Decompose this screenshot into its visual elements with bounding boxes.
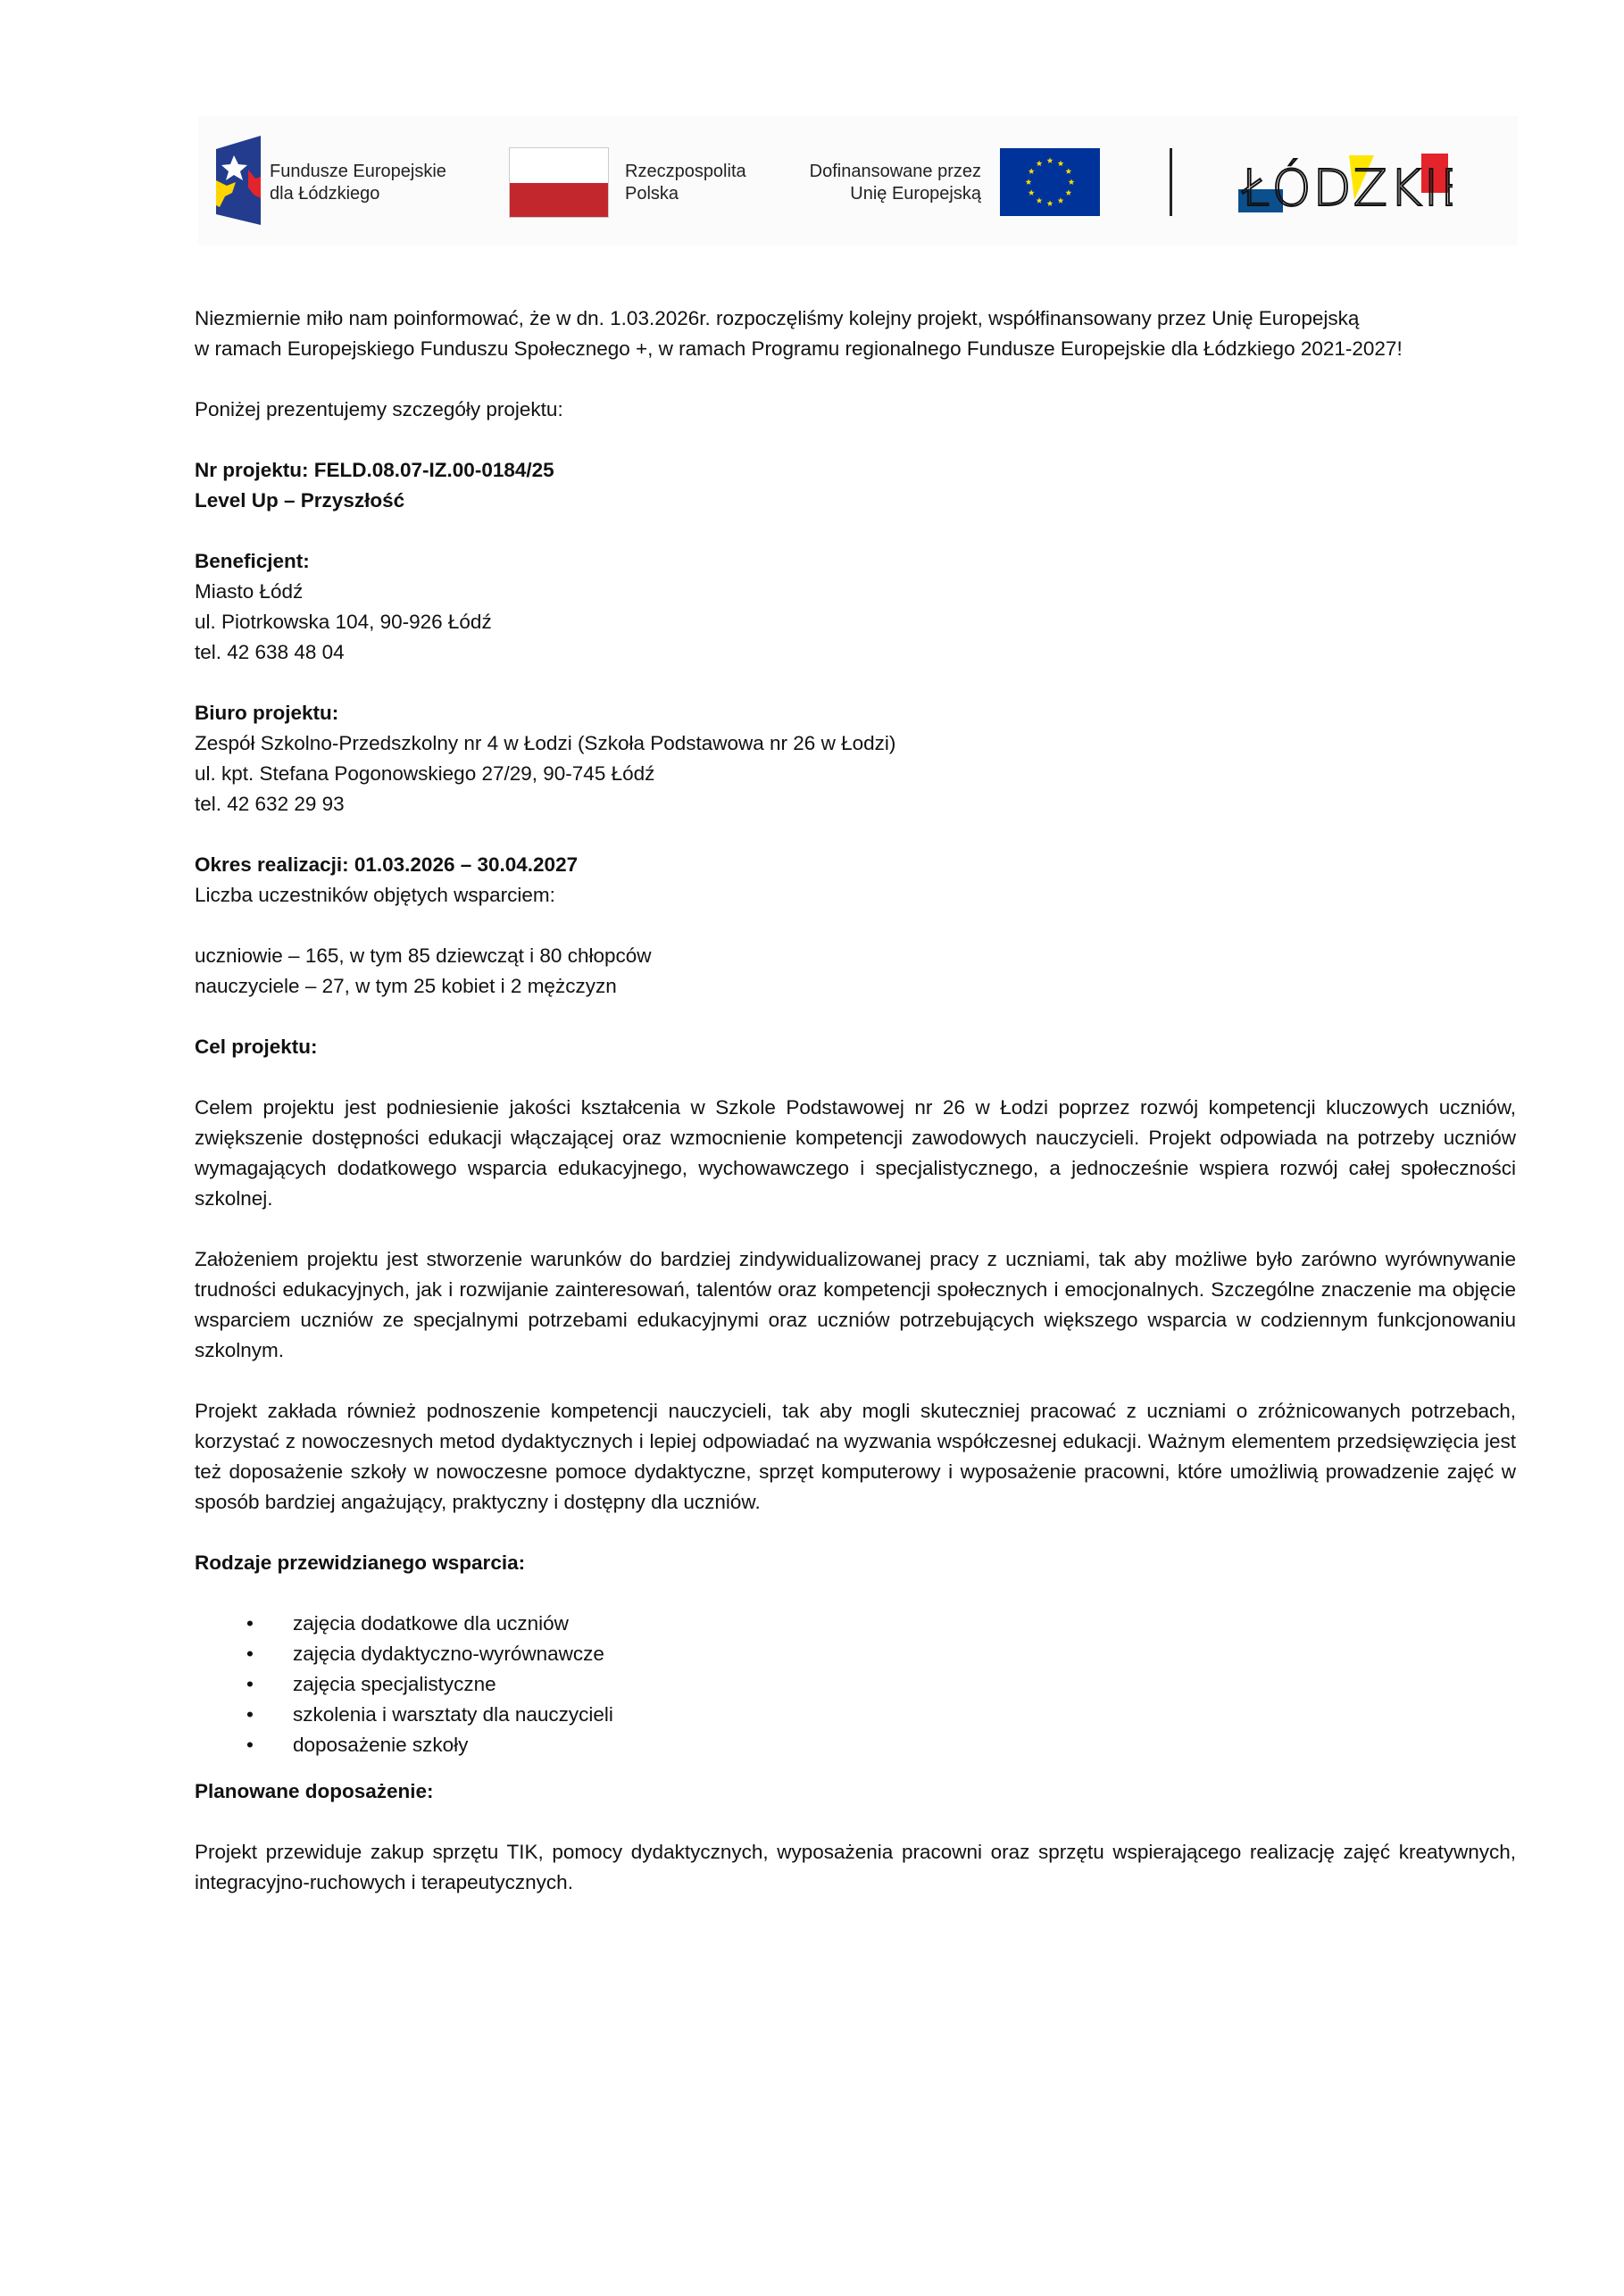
goal-paragraph-1: Celem projektu jest podniesienie jakości… xyxy=(195,1093,1516,1214)
support-list-item: •zajęcia specjalistyczne xyxy=(195,1669,1516,1700)
project-number: Nr projektu: FELD.08.07-IZ.00-0184/25 xyxy=(195,455,1516,486)
logo-strip: Fundusze Europejskie dla Łódzkiego Rzecz… xyxy=(198,116,1518,245)
goal-heading: Cel projektu: xyxy=(195,1032,1516,1062)
intro-line-1: Niezmiernie miło nam poinformować, że w … xyxy=(195,304,1516,334)
fe-line2: dla Łódzkiego xyxy=(270,183,446,205)
fundusze-europejskie-label: Fundusze Europejskie dla Łódzkiego xyxy=(270,161,446,205)
support-list-item: •zajęcia dydaktyczno-wyrównawcze xyxy=(195,1639,1516,1669)
eu-flag-icon xyxy=(1000,148,1100,216)
office-phone: tel. 42 632 29 93 xyxy=(195,789,1516,819)
pl-line2: Polska xyxy=(625,183,746,205)
eu-cofunded-label: Dofinansowane przez Unię Europejską xyxy=(787,161,981,205)
period-label: Okres realizacji: 01.03.2026 – 30.04.202… xyxy=(195,850,1516,880)
eu-line1: Dofinansowane przez xyxy=(787,161,981,183)
pl-line1: Rzeczpospolita xyxy=(625,161,746,183)
support-item-text: zajęcia dydaktyczno-wyrównawcze xyxy=(293,1643,604,1665)
support-item-text: szkolenia i warsztaty dla nauczycieli xyxy=(293,1703,613,1726)
logo-divider xyxy=(1170,148,1172,216)
support-heading: Rodzaje przewidzianego wsparcia: xyxy=(195,1548,1516,1578)
support-list: •zajęcia dodatkowe dla uczniów •zajęcia … xyxy=(195,1609,1516,1760)
support-item-text: doposażenie szkoły xyxy=(293,1734,468,1756)
svg-text:ŁÓDZKIE: ŁÓDZKIE xyxy=(1241,160,1453,218)
bullet-icon: • xyxy=(246,1669,254,1700)
bullet-icon: • xyxy=(246,1609,254,1639)
intro-line-2: w ramach Europejskiego Funduszu Społeczn… xyxy=(195,334,1516,364)
support-list-item: •zajęcia dodatkowe dla uczniów xyxy=(195,1609,1516,1639)
participants-students: uczniowie – 165, w tym 85 dziewcząt i 80… xyxy=(195,941,1516,971)
equipment-heading: Planowane doposażenie: xyxy=(195,1776,1516,1807)
support-item-text: zajęcia specjalistyczne xyxy=(293,1673,496,1695)
beneficiary-address: ul. Piotrkowska 104, 90-926 Łódź xyxy=(195,607,1516,637)
rzeczpospolita-label: Rzeczpospolita Polska xyxy=(625,161,746,205)
bullet-icon: • xyxy=(246,1639,254,1669)
fundusze-europejskie-logo-icon xyxy=(216,136,261,225)
fe-line1: Fundusze Europejskie xyxy=(270,161,446,183)
participants-label: Liczba uczestników objętych wsparciem: xyxy=(195,880,1516,911)
document-body: Niezmiernie miło nam poinformować, że w … xyxy=(195,304,1516,1898)
bullet-icon: • xyxy=(246,1730,254,1760)
project-title: Level Up – Przyszłość xyxy=(195,486,1516,516)
lodzkie-logo-icon: ŁÓDZKIE xyxy=(1238,146,1453,218)
support-list-item: •szkolenia i warsztaty dla nauczycieli xyxy=(195,1700,1516,1730)
details-lead: Poniżej prezentujemy szczegóły projektu: xyxy=(195,395,1516,425)
participants-teachers: nauczyciele – 27, w tym 25 kobiet i 2 mę… xyxy=(195,971,1516,1002)
beneficiary-name: Miasto Łódź xyxy=(195,577,1516,607)
equipment-text: Projekt przewiduje zakup sprzętu TIK, po… xyxy=(195,1837,1516,1898)
beneficiary-phone: tel. 42 638 48 04 xyxy=(195,637,1516,668)
office-heading: Biuro projektu: xyxy=(195,698,1516,728)
office-name: Zespół Szkolno-Przedszkolny nr 4 w Łodzi… xyxy=(195,728,1516,759)
bullet-icon: • xyxy=(246,1700,254,1730)
support-list-item: •doposażenie szkoły xyxy=(195,1730,1516,1760)
support-item-text: zajęcia dodatkowe dla uczniów xyxy=(293,1612,569,1635)
goal-paragraph-2: Założeniem projektu jest stworzenie waru… xyxy=(195,1244,1516,1366)
office-address: ul. kpt. Stefana Pogonowskiego 27/29, 90… xyxy=(195,759,1516,789)
eu-line2: Unię Europejską xyxy=(787,183,981,205)
beneficiary-heading: Beneficjent: xyxy=(195,546,1516,577)
polish-flag-icon xyxy=(509,147,609,218)
goal-paragraph-3: Projekt zakłada również podnoszenie komp… xyxy=(195,1396,1516,1518)
